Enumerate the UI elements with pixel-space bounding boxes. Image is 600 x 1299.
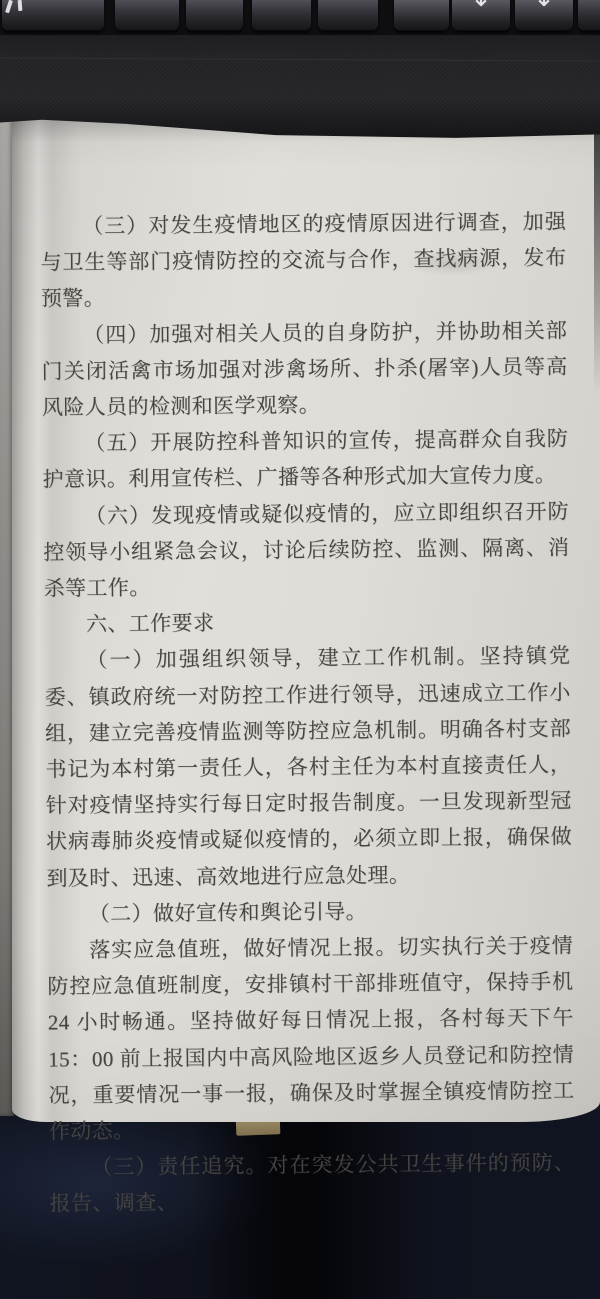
keyboard-seam-line — [0, 57, 600, 61]
document-text: （三）对发生疫情地区的疫情原因进行调查，加强与卫生等部门疫情防控的交流与合作，查… — [40, 203, 576, 1222]
down-arrow-icon: ↓ — [533, 0, 555, 11]
modifier-key-2 — [186, 0, 243, 31]
modifier-key-1 — [115, 0, 179, 31]
spacebar-key — [2, 0, 104, 31]
arrow-key-right: ↓ — [515, 0, 573, 31]
paragraph-item-4: （四）加强对相关人员的自身防护，并协助相关部门关闭活禽市场加强对涉禽场所、扑杀(… — [41, 312, 568, 426]
down-arrow-icon: ↓ — [470, 0, 492, 11]
modifier-key-3 — [252, 0, 311, 31]
paragraph-req-3: （三）责任追究。对在突发公共卫生事件的预防、报告、调查、 — [49, 1145, 576, 1222]
paragraph-item-5: （五）开展防控科普知识的宣传，提高群众自我防护意识。利用宣传栏、广播等各种形式加… — [42, 421, 569, 498]
keyboard-bottom-key-row: ↓ ↓ — [0, 0, 600, 35]
paragraph-duty: 落实应急值班，做好情况上报。切实执行关于疫情防控应急值班制度，安排镇村干部排班值… — [47, 928, 575, 1150]
paragraph-item-6: （六）发现疫情或疑似疫情的，应立即组织召开防控领导小组紧急会议，讨论后续防控、监… — [43, 493, 570, 607]
keyboard: ↓ ↓ — [0, 0, 600, 140]
arrow-key-left — [394, 0, 449, 31]
modifier-key-4 — [318, 0, 378, 31]
paragraph-req-2: （二）做好宣传和舆论引导。 — [47, 891, 573, 932]
photo-scene: （三）对发生疫情地区的疫情原因进行调查，加强与卫生等部门疫情防控的交流与合作，查… — [0, 0, 600, 1299]
page-right-edge-shadow — [594, 108, 600, 408]
partial-edge-key — [578, 0, 600, 31]
document-page: （三）对发生疫情地区的疫情原因进行调查，加强与卫生等部门疫情防控的交流与合作，查… — [12, 108, 600, 1122]
arrow-key-down: ↓ — [452, 0, 510, 31]
paragraph-req-1: （一）加强组织领导，建立工作机制。坚持镇党委、镇政府统一对防控工作进行领导，迅速… — [44, 638, 572, 896]
paragraph-item-3: （三）对发生疫情地区的疫情原因进行调查，加强与卫生等部门疫情防控的交流与合作，查… — [40, 203, 567, 317]
section-heading-6: 六、工作要求 — [44, 602, 570, 643]
partial-key-label-icon — [4, 0, 34, 16]
